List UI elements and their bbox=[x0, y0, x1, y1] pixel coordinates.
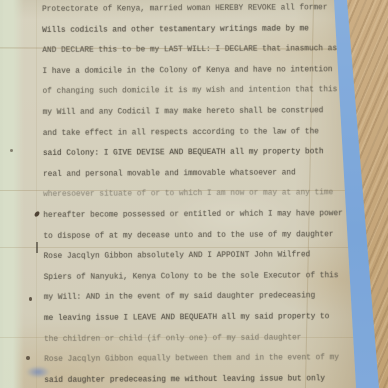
pen-tick-mark bbox=[36, 242, 38, 253]
text-line: of changing such domicile it is my wish … bbox=[43, 81, 348, 103]
text-line: Spiers of Nanyuki, Kenya Colony to be th… bbox=[44, 266, 349, 288]
text-line: to dispose of at my decease unto and to … bbox=[43, 225, 348, 247]
text-line: me leaving issue I LEAVE AND BEQUEATH al… bbox=[44, 307, 349, 329]
paper-page: Protectorate of Kenya, married woman HER… bbox=[0, 0, 388, 388]
text-line: hereafter become possessed or entitled o… bbox=[43, 204, 348, 226]
text-line: and take effect in all respects accordin… bbox=[43, 122, 348, 144]
text-line: Rose Jacqlyn Gibbon equally between them… bbox=[44, 348, 349, 370]
text-line: my Will: AND in the event of my said dau… bbox=[44, 286, 349, 308]
document-text: Protectorate of Kenya, married woman HER… bbox=[42, 0, 349, 388]
blue-ink-smudge bbox=[26, 366, 50, 378]
text-line: said daughter predeceasing me without le… bbox=[44, 369, 349, 388]
text-line: wheresoever situate of or to which I am … bbox=[43, 183, 348, 205]
ink-speck bbox=[34, 210, 41, 217]
text-line: the children or child (if only one) of m… bbox=[44, 328, 349, 350]
text-line: Wills codicils and other testamentary wr… bbox=[42, 19, 347, 41]
text-line: real and personal movable and immovable … bbox=[43, 163, 348, 185]
ink-speck bbox=[10, 149, 13, 152]
text-line: Rose Jacqlyn Gibbon absolutely AND I APP… bbox=[44, 245, 349, 267]
text-line: said Colony: I GIVE DEVISE AND BEQUEATH … bbox=[43, 142, 348, 164]
text-line: Protectorate of Kenya, married woman HER… bbox=[42, 0, 347, 21]
text-line: I have a domicile in the Colony of Kenya… bbox=[42, 60, 347, 82]
text-line: AND DECLARE this to be my LAST WILL: I D… bbox=[42, 39, 347, 61]
text-line: my Will and any Codicil I may make heret… bbox=[43, 101, 348, 123]
ink-speck bbox=[29, 297, 32, 301]
fold-crease bbox=[36, 0, 37, 388]
photo-scene: Protectorate of Kenya, married woman HER… bbox=[0, 0, 388, 388]
ink-speck bbox=[26, 356, 30, 360]
